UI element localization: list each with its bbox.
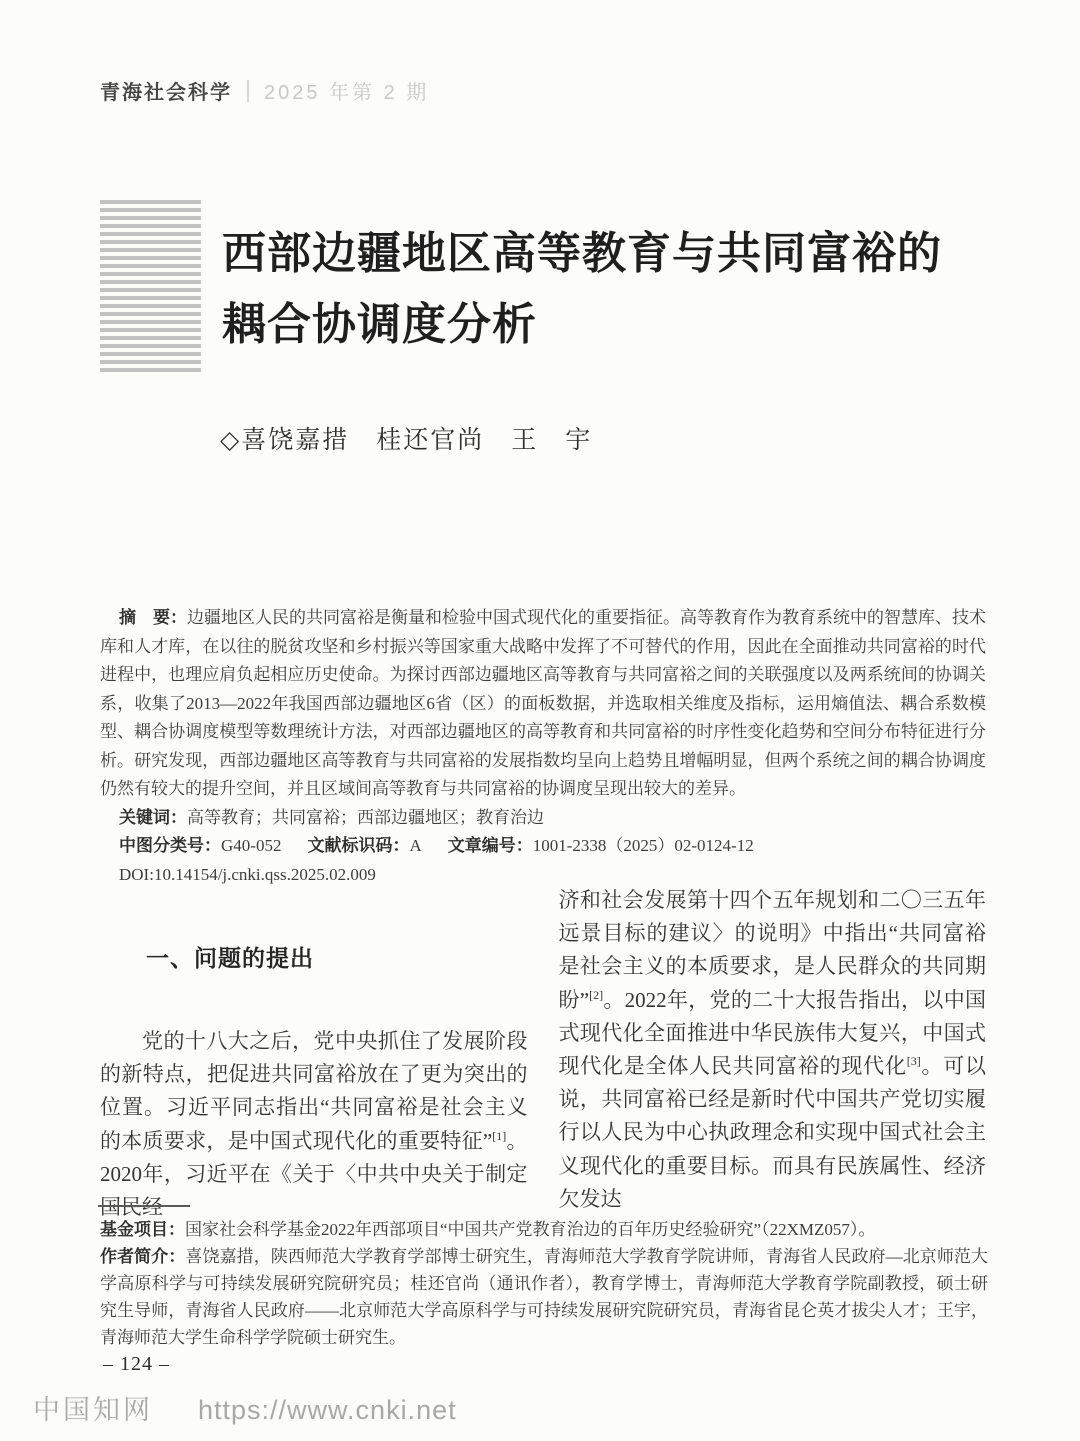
journal-name: 青海社会科学 — [100, 76, 232, 105]
doc-code-value: A — [409, 836, 421, 855]
author-bio-text: 喜饶嘉措，陕西师范大学教育学部博士研究生，青海师范大学教育学院讲师，青海省人民政… — [100, 1247, 988, 1347]
fund-text: 国家社会科学基金2022年西部项目“中国共产党教育治边的百年历史经验研究”（22… — [185, 1220, 875, 1239]
article-no-label: 文章编号： — [448, 836, 533, 855]
fund-note: 基金项目：国家社会科学基金2022年西部项目“中国共产党教育治边的百年历史经验研… — [100, 1216, 988, 1243]
footnotes-block: 基金项目：国家社会科学基金2022年西部项目“中国共产党教育治边的百年历史经验研… — [100, 1216, 988, 1351]
journal-page: 青海社会科学 2025 年第 2 期 西部边疆地区高等教育与共同富裕的 耦合协调… — [0, 0, 1080, 1441]
cnki-watermark: 中国知网 https://www.cnki.net — [33, 1388, 457, 1427]
clc-label: 中图分类号： — [119, 836, 221, 855]
cnki-url: https://www.cnki.net — [198, 1395, 457, 1426]
article-title-line1: 西部边疆地区高等教育与共同富裕的 — [222, 218, 992, 289]
left-column: 一、问题的提出 党的十八大之后，党中央抓住了发展阶段的新特点，把促进共同富裕放在… — [100, 884, 528, 1224]
header-divider — [247, 80, 249, 102]
running-head: 青海社会科学 2025 年第 2 期 — [100, 76, 429, 105]
keywords-text: 高等教育；共同富裕；西部边疆地区；教育治边 — [187, 808, 544, 827]
right-column: 济和社会发展第十四个五年规划和二〇三五年远景目标的建议〉的说明》中指出“共同富裕… — [559, 884, 987, 1224]
doc-code-label: 文献标识码： — [307, 836, 409, 855]
abstract-label: 摘 要： — [119, 608, 187, 627]
author-bio-label: 作者简介： — [100, 1247, 185, 1266]
fund-label: 基金项目： — [100, 1220, 185, 1239]
cnki-site-name: 中国知网 — [33, 1388, 153, 1427]
title-stripe-decoration — [100, 200, 201, 373]
article-title-line2: 耦合协调度分析 — [222, 289, 992, 360]
abstract-paragraph: 摘 要：边疆地区人民的共同富裕是衡量和检验中国式现代化的重要指征。高等教育作为教… — [100, 604, 986, 804]
body-paragraph-left: 党的十八大之后，党中央抓住了发展阶段的新特点，把促进共同富裕放在了更为突出的位置… — [100, 1025, 528, 1224]
article-title: 西部边疆地区高等教育与共同富裕的 耦合协调度分析 — [222, 218, 992, 360]
abstract-text: 边疆地区人民的共同富裕是衡量和检验中国式现代化的重要指征。高等教育作为教育系统中… — [100, 608, 986, 798]
abstract-block: 摘 要：边疆地区人民的共同富裕是衡量和检验中国式现代化的重要指征。高等教育作为教… — [100, 604, 986, 889]
journal-issue: 2025 年第 2 期 — [264, 76, 429, 105]
keywords-label: 关键词： — [119, 808, 187, 827]
section-heading: 一、问题的提出 — [146, 940, 528, 973]
authors-line: ◇喜饶嘉措 桂还官尚 王 宇 — [220, 420, 592, 456]
body-columns: 一、问题的提出 党的十八大之后，党中央抓住了发展阶段的新特点，把促进共同富裕放在… — [100, 884, 986, 1224]
article-no-value: 1001-2338（2025）02-0124-12 — [533, 836, 754, 855]
author-bio-note: 作者简介：喜饶嘉措，陕西师范大学教育学部博士研究生，青海师范大学教育学院讲师，青… — [100, 1243, 988, 1351]
clc-value: G40-052 — [221, 836, 281, 855]
body-paragraph-right: 济和社会发展第十四个五年规划和二〇三五年远景目标的建议〉的说明》中指出“共同富裕… — [559, 884, 987, 1216]
classification-line: 中图分类号：G40-052文献标识码：A文章编号：1001-2338（2025）… — [100, 832, 986, 861]
footnote-divider — [98, 1205, 190, 1207]
page-number: – 124 – — [103, 1353, 170, 1376]
keywords-line: 关键词：高等教育；共同富裕；西部边疆地区；教育治边 — [100, 804, 986, 833]
